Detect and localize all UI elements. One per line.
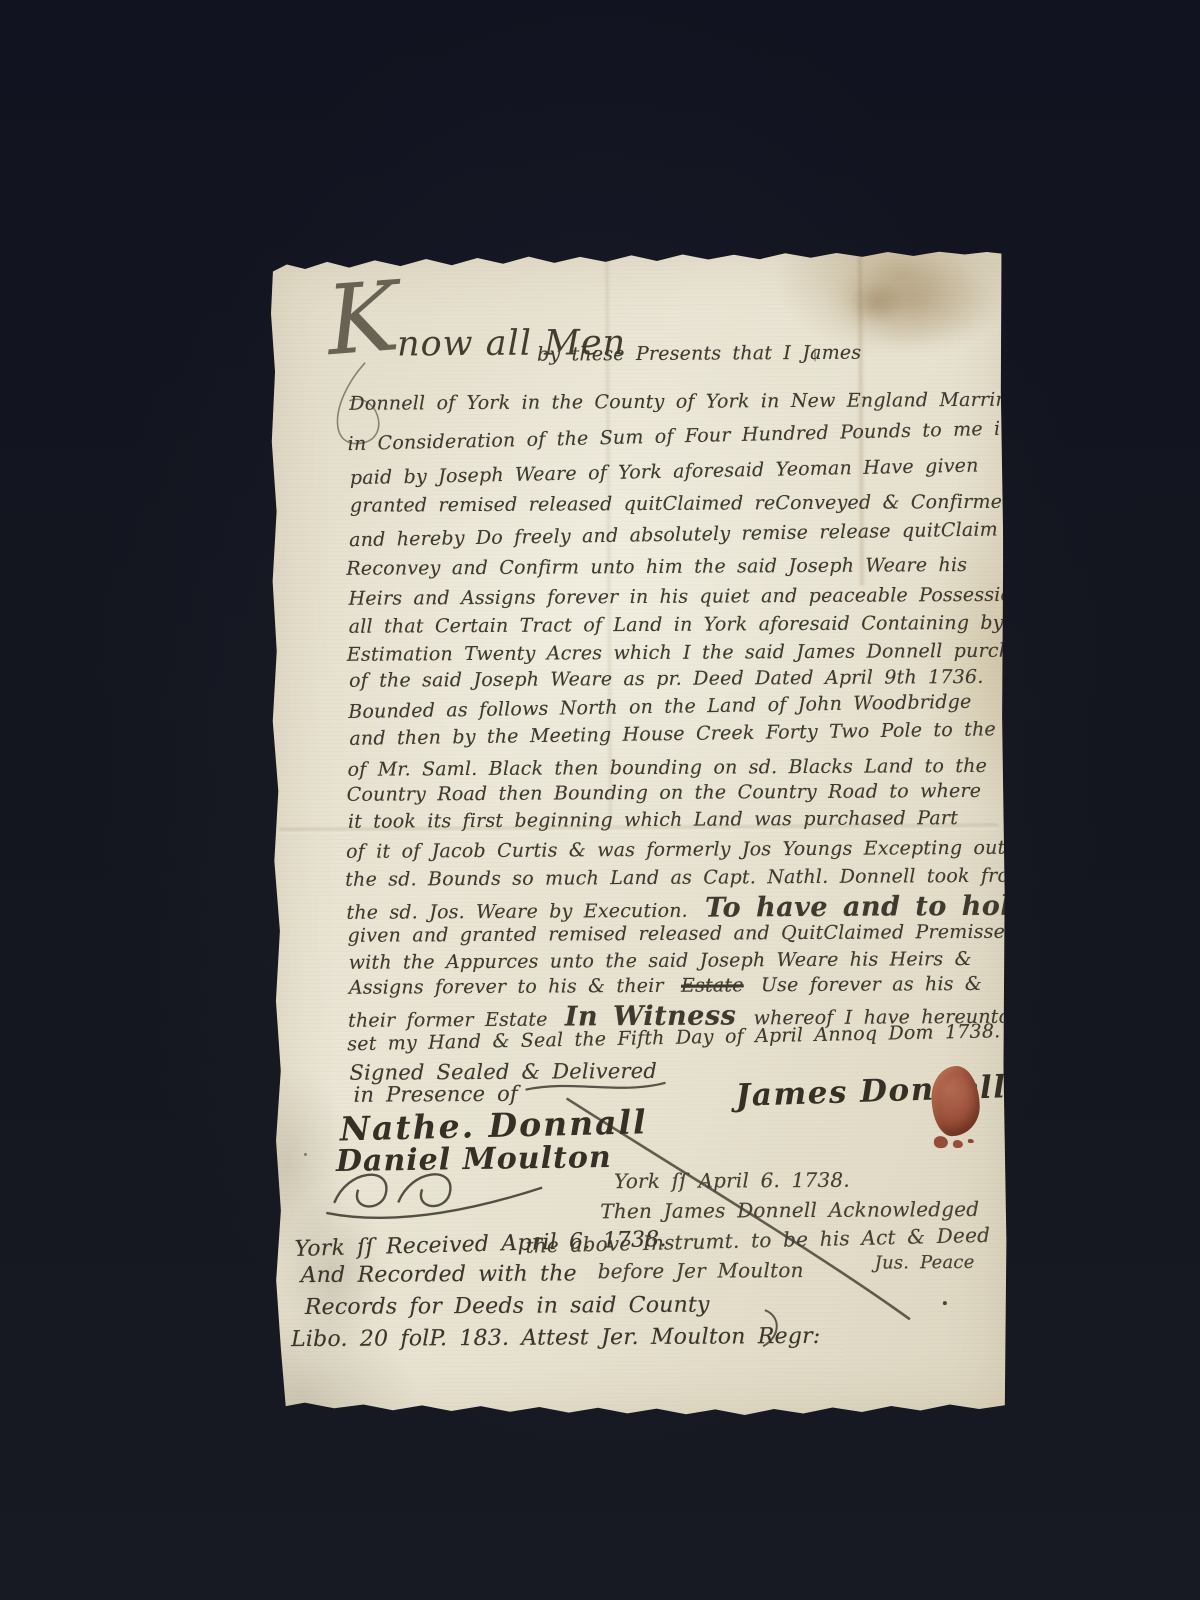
manuscript-line: Reconvey and Confirm unto him the said J… bbox=[346, 554, 967, 580]
manuscript-line: Heirs and Assigns forever in his quiet a… bbox=[348, 584, 1024, 610]
acknowledgment-line: Then James Donnell Acknowledged bbox=[600, 1197, 979, 1223]
recording-line: York ſſ Received April 6. 1738. bbox=[294, 1227, 667, 1262]
manuscript-line: given and granted remised released and Q… bbox=[348, 921, 1016, 947]
manuscript-line: Bounded as follows North on the Land of … bbox=[348, 691, 972, 723]
manuscript-line: Donnell of York in the County of York in… bbox=[349, 389, 1021, 415]
manuscript-line: the sd. Bounds so much Land as Capt. Nat… bbox=[345, 865, 1027, 891]
manuscript-line: of Mr. Saml. Black then bounding on sd. … bbox=[348, 755, 988, 781]
paper-stain bbox=[827, 253, 998, 349]
line-segment: the sd. Jos. Weare by Execution. bbox=[346, 900, 688, 924]
photo-background: K now all Men by these Presents that I J… bbox=[0, 0, 1200, 1600]
manuscript-line: and then by the Meeting House Creek Fort… bbox=[349, 717, 1056, 749]
acknowledgment-line: before Jer Moulton bbox=[598, 1258, 804, 1283]
ink-speck bbox=[943, 1301, 947, 1305]
manuscript-line: Assigns forever to his & their Estate Us… bbox=[349, 973, 982, 999]
closing-line: in Presence of bbox=[354, 1082, 518, 1107]
ornate-initial: K bbox=[323, 268, 402, 369]
manuscript-line: granted remised released quitClaimed reC… bbox=[350, 491, 1015, 517]
manuscript-line: of it of Jacob Curtis & was formerly Jos… bbox=[346, 837, 1036, 863]
manuscript-line: with the Appurces unto the said Joseph W… bbox=[349, 948, 972, 974]
ink-speck bbox=[304, 1153, 307, 1156]
manuscript-paper: K now all Men by these Presents that I J… bbox=[268, 251, 1008, 1420]
line-segment: Use forever as his & bbox=[761, 973, 982, 996]
manuscript-line: in Consideration of the Sum of Four Hund… bbox=[347, 416, 1077, 455]
recording-line: Libo. 20 folP. 183. Attest Jer. Moulton … bbox=[291, 1324, 821, 1352]
manuscript-line: Country Road then Bounding on the Countr… bbox=[347, 780, 982, 806]
justice-signature: Jus. Peace bbox=[875, 1252, 975, 1274]
manuscript-line: of the said Joseph Weare as pr. Deed Dat… bbox=[349, 666, 984, 692]
line-segment: their former Estate bbox=[348, 1009, 548, 1032]
manuscript-line: it took its first beginning which Land w… bbox=[348, 807, 958, 833]
manuscript-line: Estimation Twenty Acres which I the said… bbox=[347, 639, 1051, 665]
line-segment: Assigns forever to his & their bbox=[349, 975, 664, 999]
manuscript-line: paid by Joseph Weare of York aforesaid Y… bbox=[350, 455, 979, 490]
paper-stain bbox=[847, 279, 907, 324]
manuscript-line: by these Presents that I James bbox=[537, 342, 861, 366]
recording-line: And Recorded with the bbox=[301, 1261, 577, 1288]
line-segment: the said bbox=[1048, 897, 1131, 920]
acknowledgment-line: York ſſ April 6. 1738. bbox=[614, 1168, 850, 1193]
manuscript-line: and hereby Do freely and absolutely remi… bbox=[349, 518, 998, 551]
witness-signature-daniel-moulton: Daniel Moulton bbox=[336, 1140, 612, 1179]
recording-line: Records for Deeds in said County bbox=[305, 1293, 710, 1320]
struck-word: Estate bbox=[675, 974, 750, 996]
emphasized-phrase: To have and to hold bbox=[699, 891, 1037, 924]
manuscript-line: the sd. Jos. Weare by Execution. To have… bbox=[346, 890, 1131, 926]
manuscript-line: all that Certain Tract of Land in York a… bbox=[349, 612, 1035, 638]
